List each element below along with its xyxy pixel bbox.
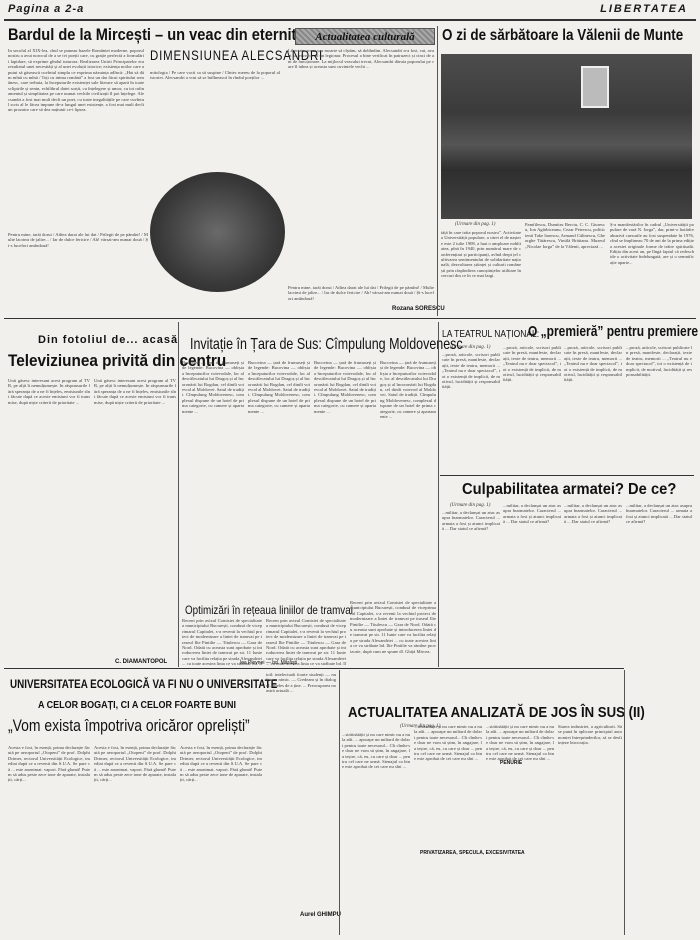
article-body-tramvai-col1: Recent prin avizul Comisiei de specialit…: [182, 618, 262, 666]
article-body-culpabilitatea-col4: ...militar, a declanșat un atac asupra î…: [626, 503, 692, 903]
column-divider: [437, 26, 438, 316]
article-body-valenii-col3: Ș-a manifestărilor în cadrul „Universită…: [610, 222, 694, 318]
article-title-valenii: O zi de sărbătoare la Vălenii de Munte: [442, 27, 683, 45]
article-body-culpabilitatea-col1: ...militar, a declanșat un atac asupra î…: [442, 510, 500, 668]
article-body-actualitatea-col4: Starea industriei, a agriculturii. Să se…: [558, 724, 622, 924]
article-body-bardul-poem: Pentru mine, iarăi dorui / Atîtea darai …: [8, 232, 148, 294]
article-body-televiziunea-col2: Unii găsesc interesant acest program al …: [94, 378, 176, 658]
article-body-teatrul-col3: ...proză, articole, scrisori publicate î…: [564, 345, 622, 472]
section-heading-privatizarea: PRIVATIZAREA, SPECULA, EXCESIVITATEA: [420, 850, 525, 856]
section-rule: [4, 668, 624, 669]
rubric-actualitatea-culturala: Actualitatea culturală: [295, 28, 435, 45]
article-body-culpabilitatea-col2: ...militar, a declanșat un atac asupra î…: [503, 503, 561, 668]
article-body-actualitatea-col3: ...străinătății și nu care nimic nu a nu…: [486, 724, 554, 924]
article-body-invitatie-col3: Bucovina — țară de frumuseți și de legen…: [314, 360, 376, 598]
article-body-teatrul-col4: ...proză, articole, scrisori publicate î…: [626, 345, 692, 472]
portrait-photo-alecsandri: [150, 172, 285, 292]
article-body-universitatea-col1: Acesta e fost, în esență, prima declaraț…: [8, 745, 90, 935]
article-body-universitatea-col3: Acesta e fost, în esență, prima declaraț…: [180, 745, 262, 905]
byline-ghimpu: Aurel GHIMPU: [300, 912, 341, 918]
caption-culpabilitatea: (Urmare din pag. 1): [450, 503, 490, 508]
article-title-teatrul: O „premieră” pentru premiere: [528, 323, 698, 340]
article-title-tramvai: Optimizări în rețeaua liniilor de tramva…: [185, 603, 353, 617]
kicker2-universitatea: A CELOR BOGAȚI, CI A CELOR FOARTE BUNI: [38, 700, 236, 711]
article-body-invitatie-col2: Bucovina — țară de frumuseți și de legen…: [248, 360, 310, 598]
article-body-televiziunea-col1: Unii găsesc interesant acest program al …: [8, 378, 90, 666]
article-body-invitatie-col4: Bucovina — țară de frumuseți și de legen…: [380, 360, 436, 598]
article-body-bardul-col3: Libertate-acum sau moarte să cîștăm, să …: [288, 48, 434, 283]
photo-valenii-ceremony: [441, 54, 692, 219]
article-title-actualitatea: ACTUALITATEA ANALIZATĂ DE JOS ÎN SUS (II…: [348, 704, 645, 721]
article-body-actualitatea-col2: ...străinătății și nu care nimic nu a nu…: [414, 724, 482, 914]
article-title-universitatea: „Vom exista împotriva oricăror opreliști…: [8, 716, 250, 736]
column-divider: [438, 322, 439, 667]
page-number: Pagina a 2-a: [8, 3, 84, 15]
article-body-universitatea-sidebar: totl: intelectuali foarte studenți — nu …: [266, 672, 336, 907]
newspaper-name: LIBERTATEA: [600, 3, 688, 15]
kicker-teatrul-national: LA TEATRUL NAȚIONAL:: [442, 329, 539, 340]
kicker-din-fotoliul: Din fotoliul de... acasă: [38, 334, 178, 346]
article-body-bardul: In secolul al XIX-lea, cînd se puneau ba…: [8, 48, 144, 230]
kicker-universitatea-ecologica: UNIVERSITATEA ECOLOGICĂ VA FI NU O UNIVE…: [10, 677, 277, 691]
article-body-valenii-col1: tăță în care trăia poporul nostru”. Acti…: [441, 230, 521, 318]
article-title-culpabilitatea: Culpabilitatea armatei? De ce?: [462, 481, 676, 499]
article-body-universitatea-col2: Acesta e fost, în esență, prima declaraț…: [94, 745, 176, 935]
portrait-on-wall: [581, 66, 609, 108]
section-rule: [440, 475, 694, 476]
article-body-culpabilitatea-col3: ...militar, a declanșat un atac asupra î…: [564, 503, 622, 668]
article-body-bardul-col2: mitologia / Pe care vocii ca să suspine …: [150, 70, 280, 170]
masthead: Pagina a 2-a LIBERTATEA: [0, 0, 700, 18]
article-body-teatrul-col2: ...proză, articole, scrisori publicate î…: [503, 345, 561, 472]
address-line: lea Plevnei — bd. Mărăști: [240, 660, 297, 666]
article-title-invitatie: Invitație în Țara de Sus: Cîmpulung Mold…: [190, 336, 463, 354]
article-body-valenii-col2: Pamfilescu, Dumitru Berciu, C. C. Giures…: [525, 222, 605, 318]
column-divider: [178, 322, 179, 667]
article-title-bardul: Bardul de la Mircești – un veac din eter…: [8, 25, 318, 45]
section-heading-penurie: PENURIE: [500, 760, 522, 766]
section-rule: [4, 318, 696, 319]
article-body-actualitatea-col1: ...străinătății și nu care nimic nu a nu…: [342, 732, 410, 932]
caption-valenii: (Urmare din pag. 1): [455, 222, 495, 227]
column-divider: [624, 670, 625, 935]
poem-ending: Pentru mine, iarăi dorui / Atîtea darai …: [288, 285, 434, 303]
byline-diamantopol: C. DIAMANTOPOL: [115, 659, 167, 665]
article-body-tramvai-col2: Recent prin avizul Comisiei de specialit…: [266, 618, 346, 666]
article-body-tramvai-col3: Recent prin avizul Comisiei de specialit…: [350, 600, 436, 666]
article-body-teatrul-col1: ...proză, articole, scrisori publicate î…: [442, 352, 500, 472]
column-divider: [339, 670, 340, 935]
masthead-rule: [4, 19, 696, 21]
article-body-invitatie-col1: Bucovina — țară de frumuseți și de legen…: [182, 360, 244, 598]
caption-teatrul: (Urmare din pag. 1): [450, 345, 490, 350]
